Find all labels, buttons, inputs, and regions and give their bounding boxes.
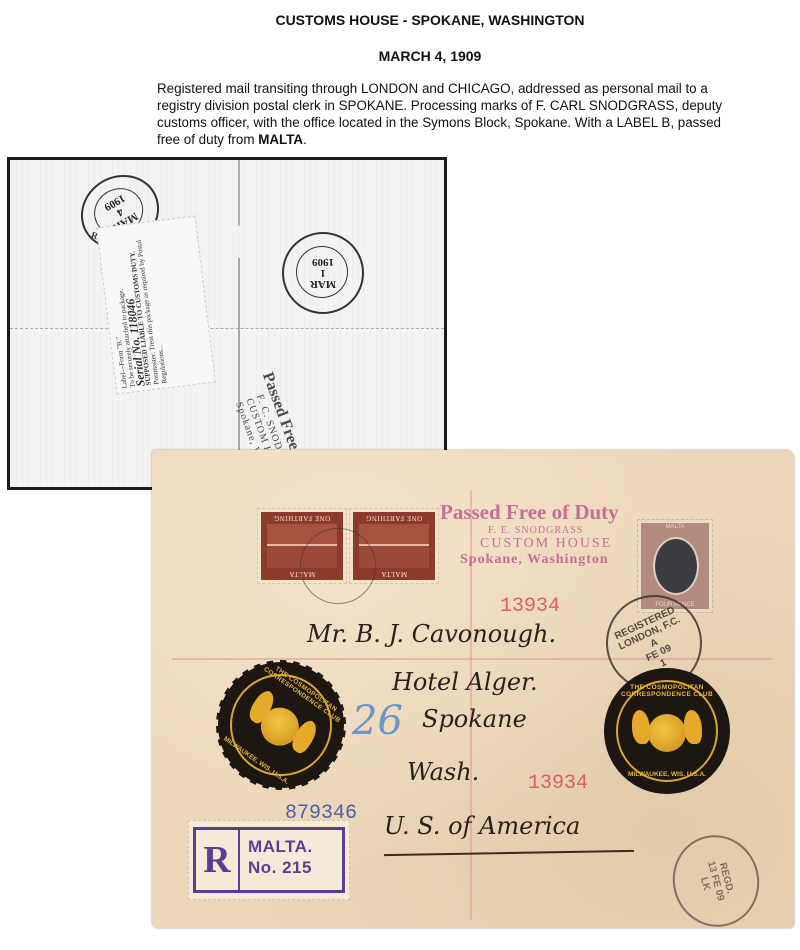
customs-handstamp-front: Passed Free of Duty F. E. SNODGRASS CUST… xyxy=(440,500,619,568)
seal-bottom-text: MILWAUKEE, WIS. U.S.A. xyxy=(608,771,726,778)
cover-back-photocopy: MAR 4 1909 REG. DIV. MAR 1 1909 Label—Fo… xyxy=(7,157,447,490)
stamp-country: MALTA xyxy=(641,524,709,530)
fold-line-horizontal xyxy=(10,328,444,330)
postmark-arrival: REGD. 13 FE 09 LK xyxy=(663,825,770,936)
registration-number-mid: 13934 xyxy=(528,772,588,795)
description-bold: MALTA xyxy=(258,132,303,147)
customs-label-b: Label—Form "B." To be securely attached … xyxy=(96,216,216,395)
postmark-chicago: MAR 1 1909 xyxy=(282,232,364,314)
cosmopolitan-club-seal-right: THE COSMOPOLITAN CORRESPONDENCE CLUB MIL… xyxy=(608,672,726,790)
description: Registered mail transiting through LONDO… xyxy=(157,80,732,148)
fold-line-vertical xyxy=(238,160,240,487)
blue-pencil-marking: 26 xyxy=(352,698,403,744)
address-line-city: Spokane xyxy=(422,705,527,733)
handstamp-line1: Passed Free of Duty xyxy=(440,500,619,525)
king-portrait xyxy=(653,537,699,595)
description-end: . xyxy=(303,132,307,147)
registration-label-malta: R MALTA. No. 215 xyxy=(188,820,350,900)
description-line: Registered mail transiting through LONDO… xyxy=(157,81,653,96)
postmark-malta-cancel xyxy=(300,528,376,604)
page-date: MARCH 4, 1909 xyxy=(30,48,800,64)
registration-label-frame: R MALTA. No. 215 xyxy=(193,827,345,893)
handstamp-line2: F. E. SNODGRASS xyxy=(488,525,619,536)
registration-office: MALTA. xyxy=(248,836,342,857)
address-line-state: Wash. xyxy=(407,758,479,786)
address-line-name: Mr. B. J. Cavonough. xyxy=(307,620,556,648)
cosmopolitan-club-seal-left: THE COSMOPOLITAN CORRESPONDENCE CLUB MIL… xyxy=(199,643,363,807)
globe-icon xyxy=(648,714,686,752)
postmark-ring: REGISTERED LONDON, F.C. xyxy=(601,599,694,658)
envelope-front: ONE FARTHING MALTA ONE FARTHING MALTA MA… xyxy=(152,450,794,928)
address-line-country: U. S. of America xyxy=(384,812,580,840)
handstamp-line4: Spokane, Washington xyxy=(460,552,619,568)
seal-text: THE COSMOPOLITAN CORRESPONDENCE CLUB xyxy=(608,684,726,698)
postmark-code: 1 xyxy=(658,657,668,669)
handstamp-line3: CUSTOM HOUSE xyxy=(480,536,619,552)
stamp-value: ONE FARTHING xyxy=(353,514,435,522)
stamp-value: ONE FARTHING xyxy=(261,514,343,522)
registration-label-text: MALTA. No. 215 xyxy=(240,830,342,890)
postmark-inner-ring xyxy=(296,246,348,298)
registration-letter: R xyxy=(196,830,240,890)
page-title: CUSTOMS HOUSE - SPOKANE, WASHINGTON xyxy=(30,12,800,28)
registration-number-top: 13934 xyxy=(500,595,560,618)
registration-number: No. 215 xyxy=(248,857,342,878)
address-line-hotel: Hotel Alger. xyxy=(392,668,538,696)
address-underline xyxy=(384,850,634,856)
